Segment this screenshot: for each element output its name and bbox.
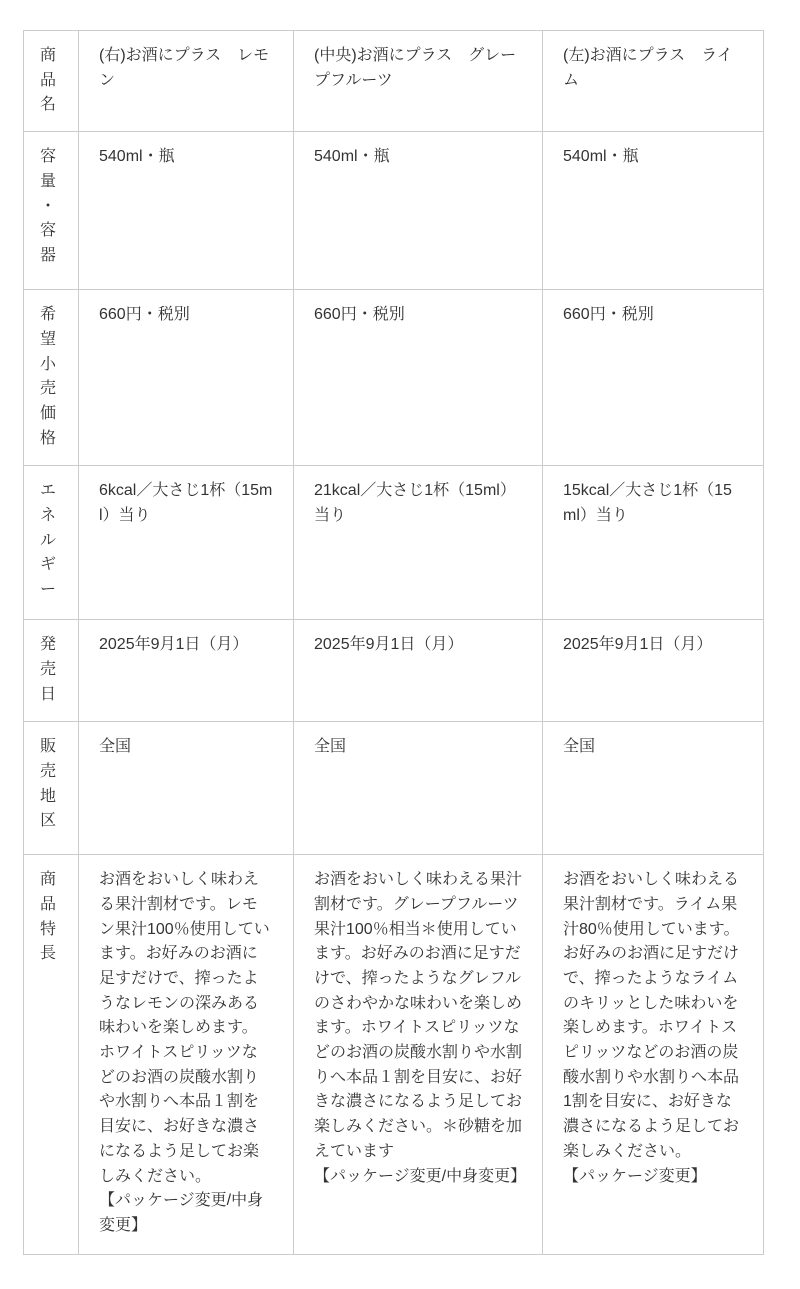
table-row-product-name: 商品名 (右)お酒にプラス レモン (中央)お酒にプラス グレープフルーツ (左…	[24, 31, 764, 132]
row-label-product-features: 商品特長	[24, 855, 79, 1255]
table-row-retail-price: 希望小売価格 660円・税別 660円・税別 660円・税別	[24, 290, 764, 466]
spec-cell-energy-center: 21kcal／大さじ1杯（15ml）当り	[294, 466, 543, 620]
product-spec-table: 商品名 (右)お酒にプラス レモン (中央)お酒にプラス グレープフルーツ (左…	[23, 30, 764, 1255]
spec-cell-product-name-left: (左)お酒にプラス ライム	[543, 31, 764, 132]
spec-cell-volume-right: 540ml・瓶	[79, 132, 294, 290]
row-label-energy: エネルギー	[24, 466, 79, 620]
spec-cell-energy-left: 15kcal／大さじ1杯（15ml）当り	[543, 466, 764, 620]
spec-cell-volume-center: 540ml・瓶	[294, 132, 543, 290]
spec-cell-release-date-right: 2025年9月1日（月）	[79, 620, 294, 722]
spec-cell-features-right: お酒をおいしく味わえる果汁割材です。レモン果汁100％使用しています。お好みのお…	[79, 855, 294, 1255]
spec-cell-sales-area-right: 全国	[79, 722, 294, 855]
spec-cell-product-name-right: (右)お酒にプラス レモン	[79, 31, 294, 132]
spec-cell-product-name-center: (中央)お酒にプラス グレープフルーツ	[294, 31, 543, 132]
spec-cell-release-date-left: 2025年9月1日（月）	[543, 620, 764, 722]
row-label-sales-area: 販売地区	[24, 722, 79, 855]
spec-cell-sales-area-center: 全国	[294, 722, 543, 855]
spec-cell-features-center: お酒をおいしく味わえる果汁割材です。グレープフルーツ果汁100％相当＊使用してい…	[294, 855, 543, 1255]
table-row-volume-container: 容量・容器 540ml・瓶 540ml・瓶 540ml・瓶	[24, 132, 764, 290]
table-row-energy: エネルギー 6kcal／大さじ1杯（15ml）当り 21kcal／大さじ1杯（1…	[24, 466, 764, 620]
spec-cell-price-left: 660円・税別	[543, 290, 764, 466]
spec-cell-release-date-center: 2025年9月1日（月）	[294, 620, 543, 722]
row-label-release-date: 発売日	[24, 620, 79, 722]
spec-cell-features-left: お酒をおいしく味わえる果汁割材です。ライム果汁80％使用しています。お好みのお酒…	[543, 855, 764, 1255]
spec-cell-price-center: 660円・税別	[294, 290, 543, 466]
row-label-volume-container: 容量・容器	[24, 132, 79, 290]
table-row-product-features: 商品特長 お酒をおいしく味わえる果汁割材です。レモン果汁100％使用しています。…	[24, 855, 764, 1255]
table-row-sales-area: 販売地区 全国 全国 全国	[24, 722, 764, 855]
spec-cell-price-right: 660円・税別	[79, 290, 294, 466]
page: 商品名 (右)お酒にプラス レモン (中央)お酒にプラス グレープフルーツ (左…	[0, 0, 800, 1289]
row-label-product-name: 商品名	[24, 31, 79, 132]
table-row-release-date: 発売日 2025年9月1日（月） 2025年9月1日（月） 2025年9月1日（…	[24, 620, 764, 722]
spec-cell-energy-right: 6kcal／大さじ1杯（15ml）当り	[79, 466, 294, 620]
row-label-retail-price: 希望小売価格	[24, 290, 79, 466]
spec-cell-sales-area-left: 全国	[543, 722, 764, 855]
spec-cell-volume-left: 540ml・瓶	[543, 132, 764, 290]
